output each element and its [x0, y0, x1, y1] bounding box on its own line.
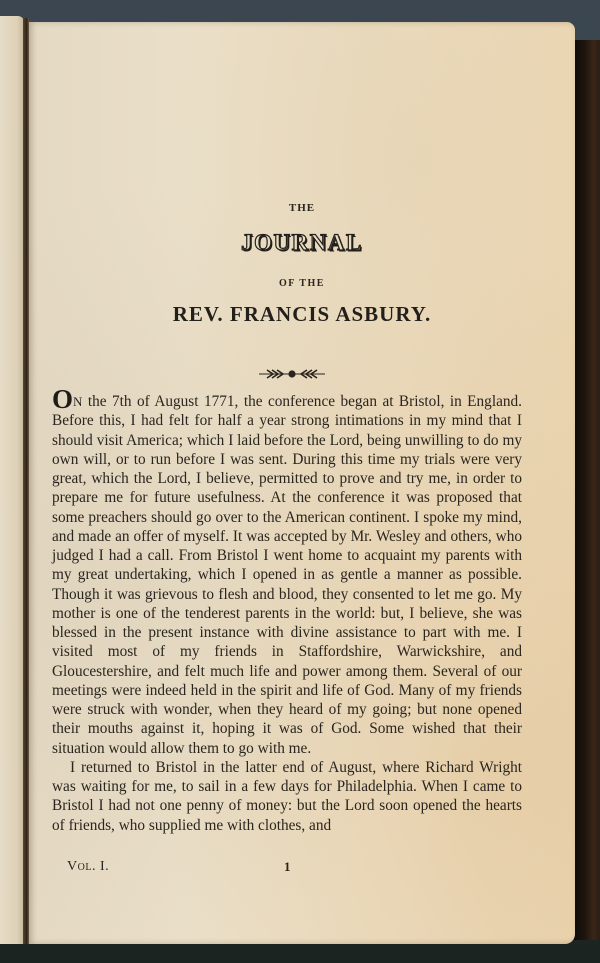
signature-mark: 1: [284, 859, 291, 875]
volume-marker: Vol. I.: [67, 859, 109, 875]
title-the: THE: [29, 202, 575, 214]
book-cover-edge: [574, 40, 600, 940]
title-author: REV. FRANCIS ASBURY.: [29, 302, 575, 327]
facing-page-edge: [0, 16, 24, 944]
journal-body-text: ON the 7th of August 1771, the conferenc…: [52, 391, 522, 835]
paragraph-1: ON the 7th of August 1771, the conferenc…: [52, 391, 522, 758]
paragraph-1-text: the 7th of August 1771, the conference b…: [52, 393, 522, 757]
arrow-flourish-ornament-icon: [257, 366, 327, 382]
drop-cap-rest: N: [73, 394, 82, 409]
drop-cap: O: [52, 384, 73, 414]
paragraph-2: I returned to Bristol in the latter end …: [52, 758, 522, 835]
book-page: THE JOURNAL OF THE REV. FRANCIS ASBURY. …: [29, 22, 575, 944]
title-of-the: OF THE: [29, 278, 575, 289]
title-journal: JOURNAL: [29, 230, 575, 256]
